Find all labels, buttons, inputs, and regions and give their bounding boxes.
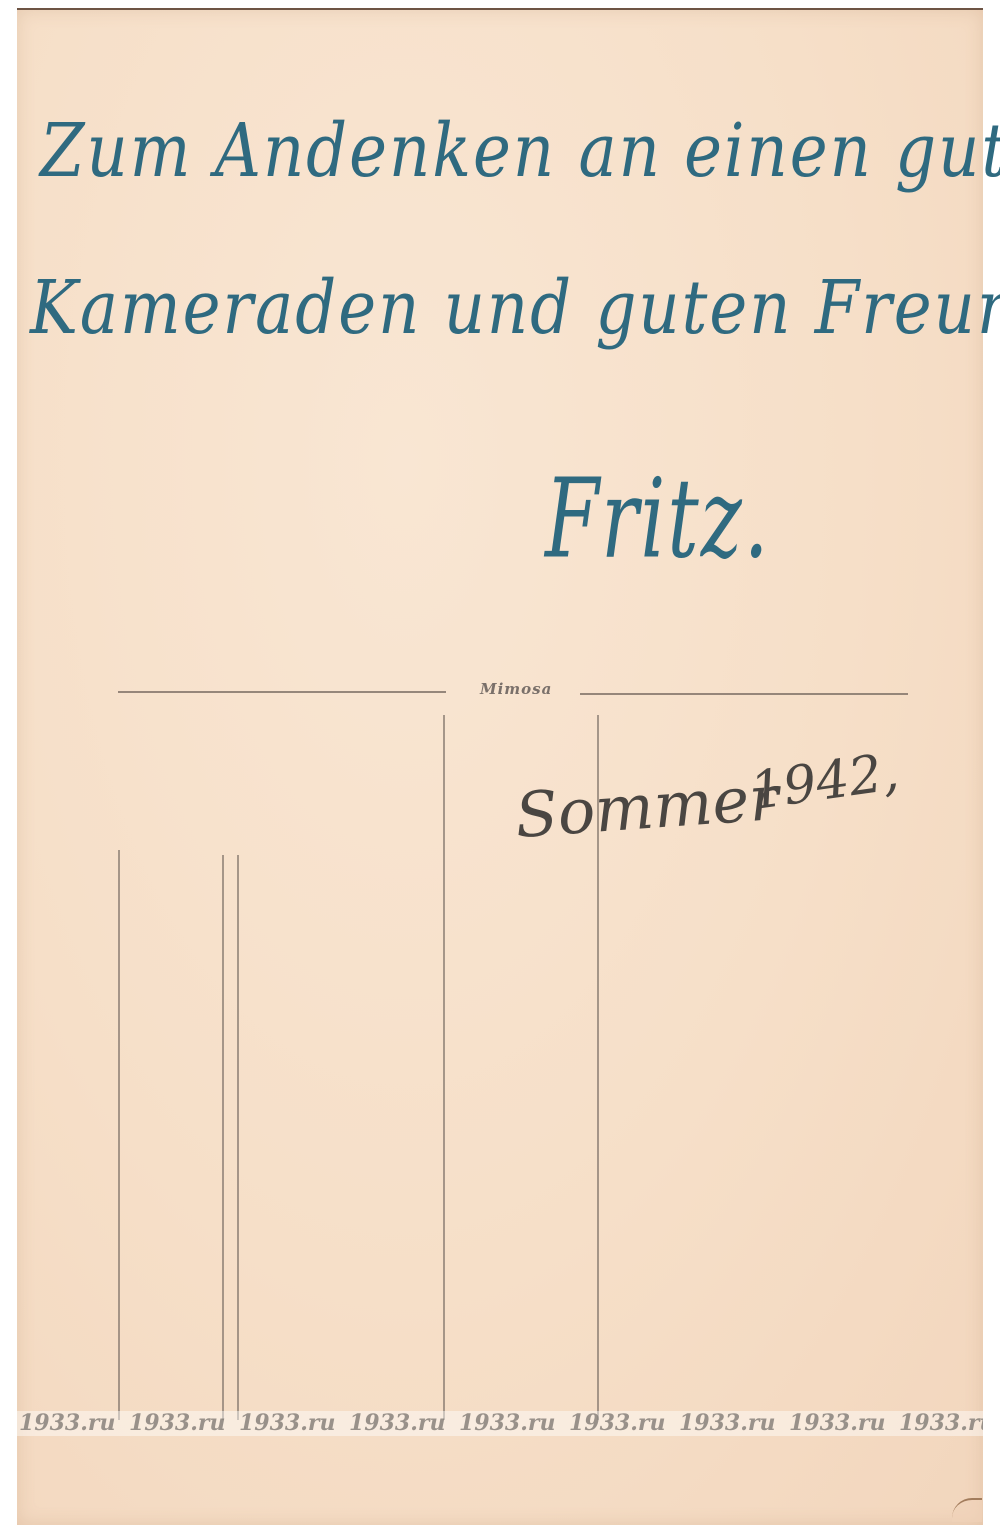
watermark-text: 1933.ru <box>17 1411 127 1436</box>
watermark-text: 1933.ru <box>457 1411 567 1436</box>
watermark-text: 1933.ru <box>897 1411 983 1436</box>
handwritten-line-2: Kameraden und guten Freund! <box>30 266 1000 351</box>
watermark-text: 1933.ru <box>347 1411 457 1436</box>
printer-brand-mark: Mimosa <box>480 680 552 698</box>
printed-divider-right <box>580 693 908 695</box>
handwritten-line-1: Zum Andenken an einen guten <box>40 109 1000 194</box>
watermark-text: 1933.ru <box>237 1411 347 1436</box>
watermark-text: 1933.ru <box>787 1411 897 1436</box>
stamp-box-line-mid-a <box>222 855 224 1420</box>
stamp-box-line-left <box>118 850 120 1420</box>
address-divider-line <box>443 715 445 1420</box>
stamp-box-line-mid-b <box>237 855 239 1420</box>
watermark-text: 1933.ru <box>567 1411 677 1436</box>
watermark-text: 1933.ru <box>677 1411 787 1436</box>
watermark-band: 1933.ru 1933.ru 1933.ru 1933.ru 1933.ru … <box>17 1411 983 1436</box>
signature: Fritz. <box>545 457 771 583</box>
printed-divider-left <box>118 691 446 693</box>
watermark-text: 1933.ru <box>127 1411 237 1436</box>
